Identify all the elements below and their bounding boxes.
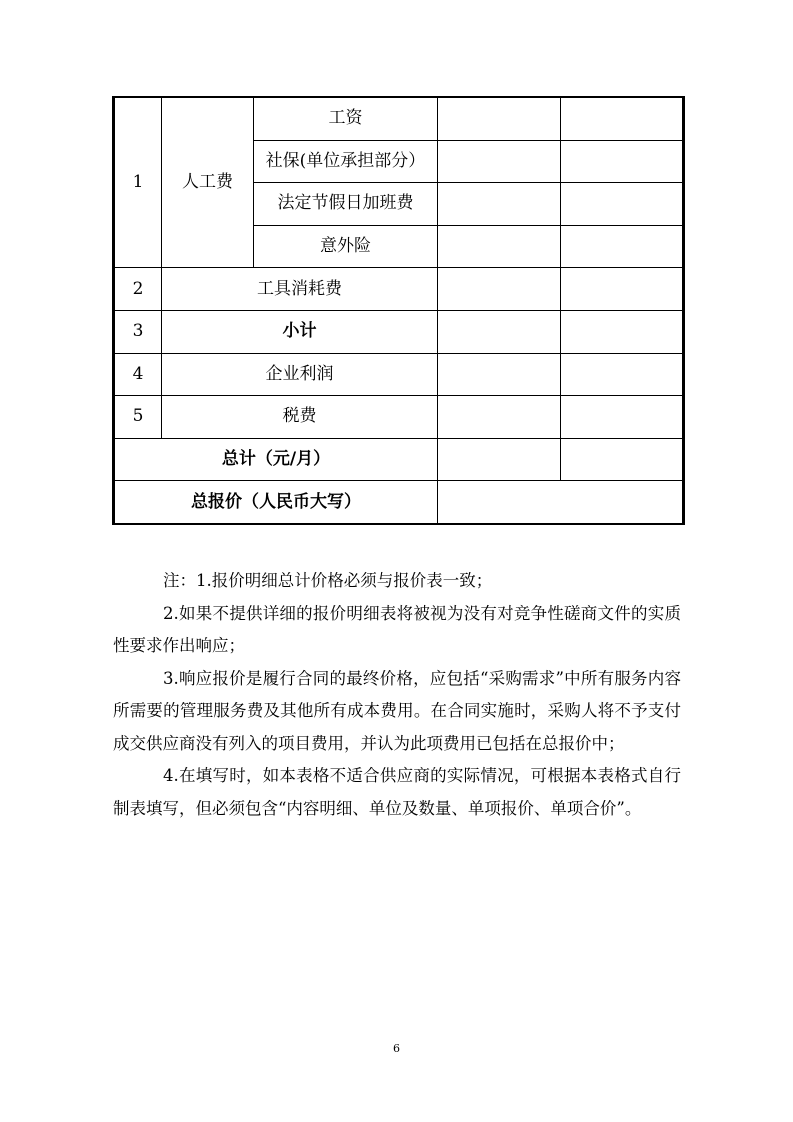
item-cell: 工资 xyxy=(254,97,438,140)
item-cell: 企业利润 xyxy=(162,353,438,396)
note-3: 3.响应报价是履行合同的最终价格，应包括“采购需求”中所有服务内容所需要的管理服… xyxy=(113,663,681,761)
table-row: 总计（元/月） xyxy=(114,438,684,481)
note-1: 注：1.报价明细总计价格必须与报价表一致； xyxy=(113,565,681,598)
note-4: 4.在填写时，如本表格不适合供应商的实际情况，可根据本表格式自行制表填写，但必须… xyxy=(113,760,681,825)
table-row: 2 工具消耗费 xyxy=(114,268,684,311)
table-row: 总报价（人民币大写） xyxy=(114,481,684,524)
notes-section: 注：1.报价明细总计价格必须与报价表一致； 2.如果不提供详细的报价明细表将被视… xyxy=(113,565,681,825)
item-cell: 税费 xyxy=(162,396,438,439)
value-cell[interactable] xyxy=(561,183,684,226)
item-cell: 工具消耗费 xyxy=(162,268,438,311)
table-row: 3 小计 xyxy=(114,310,684,353)
item-cell: 意外险 xyxy=(254,225,438,268)
quote-detail-table: 1 人工费 工资 社保(单位承担部分） 法定节假日加班费 意外险 2 工具消耗费 xyxy=(112,96,685,525)
value-cell[interactable] xyxy=(438,97,561,140)
table-row: 5 税费 xyxy=(114,396,684,439)
grand-total-value-cell[interactable] xyxy=(438,481,684,524)
value-cell[interactable] xyxy=(561,140,684,183)
value-cell[interactable] xyxy=(438,268,561,311)
row-number: 4 xyxy=(114,353,162,396)
value-cell[interactable] xyxy=(438,183,561,226)
total-value-cell[interactable] xyxy=(561,438,684,481)
value-cell[interactable] xyxy=(561,97,684,140)
note-2: 2.如果不提供详细的报价明细表将被视为没有对竞争性磋商文件的实质性要求作出响应； xyxy=(113,598,681,663)
value-cell[interactable] xyxy=(438,310,561,353)
subtotal-label: 小计 xyxy=(162,310,438,353)
table-row: 1 人工费 工资 xyxy=(114,97,684,140)
item-cell: 法定节假日加班费 xyxy=(254,183,438,226)
table-row: 4 企业利润 xyxy=(114,353,684,396)
row-number: 3 xyxy=(114,310,162,353)
value-cell[interactable] xyxy=(561,396,684,439)
row-number: 1 xyxy=(114,97,162,268)
value-cell[interactable] xyxy=(561,225,684,268)
row-number: 5 xyxy=(114,396,162,439)
value-cell[interactable] xyxy=(438,140,561,183)
total-value-cell[interactable] xyxy=(438,438,561,481)
total-label: 总计（元/月） xyxy=(114,438,438,481)
category-cell: 人工费 xyxy=(162,97,254,268)
value-cell[interactable] xyxy=(561,268,684,311)
value-cell[interactable] xyxy=(561,353,684,396)
grand-total-label: 总报价（人民币大写） xyxy=(114,481,438,524)
page-number: 6 xyxy=(0,1042,793,1055)
value-cell[interactable] xyxy=(438,225,561,268)
value-cell[interactable] xyxy=(438,353,561,396)
item-cell: 社保(单位承担部分） xyxy=(254,140,438,183)
document-page: 1 人工费 工资 社保(单位承担部分） 法定节假日加班费 意外险 2 工具消耗费 xyxy=(0,0,793,1122)
row-number: 2 xyxy=(114,268,162,311)
value-cell[interactable] xyxy=(561,310,684,353)
value-cell[interactable] xyxy=(438,396,561,439)
